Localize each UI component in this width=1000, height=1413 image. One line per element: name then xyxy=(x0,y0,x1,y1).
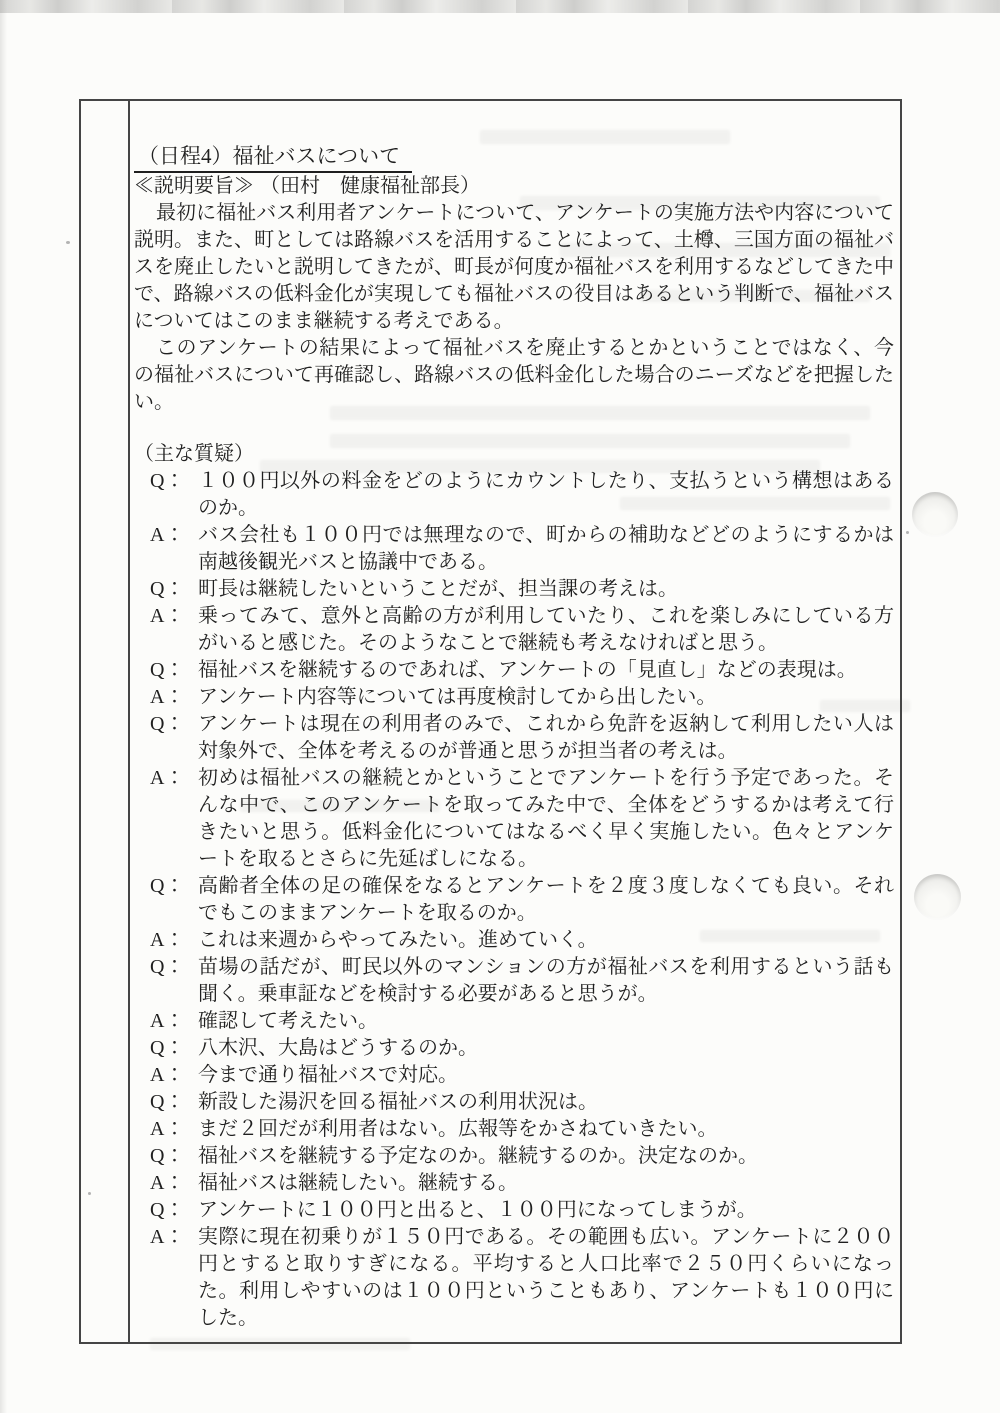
qa-speaker-label: A： xyxy=(150,927,198,954)
qa-speaker-label: A： xyxy=(150,1008,198,1035)
scan-edge-artifact xyxy=(0,0,1000,13)
qa-item: Q：アンケートは現在の利用者のみで、これから免許を返納して利用したい人は対象外で… xyxy=(150,711,894,765)
punch-hole xyxy=(914,874,961,920)
qa-section-heading: （主な質疑） xyxy=(134,441,894,468)
qa-item: A：バス会社も１００円では無理なので、町からの補助などどのようにするかは南越後観… xyxy=(150,522,894,576)
qa-item: A：これは来週からやってみたい。進めていく。 xyxy=(150,927,894,954)
qa-speaker-label: A： xyxy=(150,1224,198,1332)
qa-item: A：福祉バスは継続したい。継続する。 xyxy=(150,1170,894,1197)
summary-paragraph: 最初に福祉バス利用者アンケートについて、アンケートの実施方法や内容について説明。… xyxy=(134,200,894,335)
qa-text: 初めは福祉バスの継続とかということでアンケートを行う予定であった。そんな中で、こ… xyxy=(198,765,894,873)
scanned-document-page: （日程4）福祉バスについて ≪説明要旨≫（田村 健康福祉部長） 最初に福祉バス利… xyxy=(0,0,1000,1413)
qa-text: これは来週からやってみたい。進めていく。 xyxy=(198,927,894,954)
qa-speaker-label: Q： xyxy=(150,1197,198,1224)
qa-item: Q：福祉バスを継続する予定なのか。継続するのか。決定なのか。 xyxy=(150,1143,894,1170)
qa-text: 福祉バスを継続するのであれば、アンケートの「見直し」などの表現は。 xyxy=(198,657,894,684)
section-title: （日程4）福祉バスについて xyxy=(134,143,412,173)
document-frame: （日程4）福祉バスについて ≪説明要旨≫（田村 健康福祉部長） 最初に福祉バス利… xyxy=(79,99,902,1344)
qa-speaker-label: Q： xyxy=(150,1035,198,1062)
summary-heading-marks: ≪説明要旨≫ xyxy=(134,175,254,197)
qa-speaker-label: A： xyxy=(150,765,198,873)
qa-text: 新設した湯沢を回る福祉バスの利用状況は。 xyxy=(198,1089,894,1116)
qa-speaker-label: A： xyxy=(150,1170,198,1197)
summary-speaker: （田村 健康福祉部長） xyxy=(260,175,480,197)
qa-item: Q：福祉バスを継続するのであれば、アンケートの「見直し」などの表現は。 xyxy=(150,657,894,684)
qa-item: Q：苗場の話だが、町民以外のマンションの方が福祉バスを利用するという話も聞く。乗… xyxy=(150,954,894,1008)
qa-item: Q：町長は継続したいということだが、担当課の考えは。 xyxy=(150,576,894,603)
qa-text: 高齢者全体の足の確保をなるとアンケートを２度３度しなくても良い。それでもこのまま… xyxy=(198,873,894,927)
qa-text: バス会社も１００円では無理なので、町からの補助などどのようにするかは南越後観光バ… xyxy=(198,522,894,576)
qa-speaker-label: Q： xyxy=(150,954,198,1008)
qa-speaker-label: Q： xyxy=(150,1143,198,1170)
qa-text: 町長は継続したいということだが、担当課の考えは。 xyxy=(198,576,894,603)
margin-column xyxy=(81,101,130,1342)
qa-text: １００円以外の料金をどのようにカウントしたり、支払うという構想はあるのか。 xyxy=(198,468,894,522)
qa-speaker-label: Q： xyxy=(150,468,198,522)
punch-hole xyxy=(912,492,958,537)
qa-speaker-label: A： xyxy=(150,1062,198,1089)
qa-speaker-label: Q： xyxy=(150,711,198,765)
qa-speaker-label: A： xyxy=(150,522,198,576)
qa-speaker-label: A： xyxy=(150,603,198,657)
scan-edge-artifact xyxy=(0,0,7,1413)
qa-text: 福祉バスを継続する予定なのか。継続するのか。決定なのか。 xyxy=(198,1143,894,1170)
summary-paragraph: このアンケートの結果によって福祉バスを廃止するとかということではなく、今の福祉バ… xyxy=(134,335,894,416)
scan-speck xyxy=(88,1192,91,1195)
qa-speaker-label: Q： xyxy=(150,657,198,684)
qa-item: A：初めは福祉バスの継続とかということでアンケートを行う予定であった。そんな中で… xyxy=(150,765,894,873)
qa-item: A：まだ２回だが利用者はない。広報等をかさねていきたい。 xyxy=(150,1116,894,1143)
qa-text: 八木沢、大島はどうするのか。 xyxy=(198,1035,894,1062)
qa-text: 苗場の話だが、町民以外のマンションの方が福祉バスを利用するという話も聞く。乗車証… xyxy=(198,954,894,1008)
qa-item: Q：アンケートに１００円と出ると、１００円になってしまうが。 xyxy=(150,1197,894,1224)
qa-speaker-label: A： xyxy=(150,1116,198,1143)
qa-text: アンケートに１００円と出ると、１００円になってしまうが。 xyxy=(198,1197,894,1224)
qa-item: A：乗ってみて、意外と高齢の方が利用していたり、これを楽しみにしている方がいると… xyxy=(150,603,894,657)
qa-item: A：今まで通り福祉バスで対応。 xyxy=(150,1062,894,1089)
qa-item: A：確認して考えたい。 xyxy=(150,1008,894,1035)
qa-text: 福祉バスは継続したい。継続する。 xyxy=(198,1170,894,1197)
qa-item: Q：１００円以外の料金をどのようにカウントしたり、支払うという構想はあるのか。 xyxy=(150,468,894,522)
qa-text: 今まで通り福祉バスで対応。 xyxy=(198,1062,894,1089)
summary-heading: ≪説明要旨≫（田村 健康福祉部長） xyxy=(134,173,894,200)
qa-speaker-label: A： xyxy=(150,684,198,711)
qa-list: Q：１００円以外の料金をどのようにカウントしたり、支払うという構想はあるのか。A… xyxy=(134,468,894,1332)
qa-text: 実際に現在初乗りが１５０円である。その範囲も広い。アンケートに２００円とすると取… xyxy=(198,1224,894,1332)
scan-speck xyxy=(66,241,70,244)
scan-speck xyxy=(906,531,909,534)
qa-speaker-label: Q： xyxy=(150,873,198,927)
qa-speaker-label: Q： xyxy=(150,1089,198,1116)
qa-text: アンケートは現在の利用者のみで、これから免許を返納して利用したい人は対象外で、全… xyxy=(198,711,894,765)
qa-item: Q：新設した湯沢を回る福祉バスの利用状況は。 xyxy=(150,1089,894,1116)
qa-text: アンケート内容等については再度検討してから出したい。 xyxy=(198,684,894,711)
qa-item: Q：高齢者全体の足の確保をなるとアンケートを２度３度しなくても良い。それでもこの… xyxy=(150,873,894,927)
qa-item: A：アンケート内容等については再度検討してから出したい。 xyxy=(150,684,894,711)
qa-text: まだ２回だが利用者はない。広報等をかさねていきたい。 xyxy=(198,1116,894,1143)
qa-text: 乗ってみて、意外と高齢の方が利用していたり、これを楽しみにしている方がいると感じ… xyxy=(198,603,894,657)
qa-item: A：実際に現在初乗りが１５０円である。その範囲も広い。アンケートに２００円とする… xyxy=(150,1224,894,1332)
qa-text: 確認して考えたい。 xyxy=(198,1008,894,1035)
qa-speaker-label: Q： xyxy=(150,576,198,603)
qa-item: Q：八木沢、大島はどうするのか。 xyxy=(150,1035,894,1062)
document-content: （日程4）福祉バスについて ≪説明要旨≫（田村 健康福祉部長） 最初に福祉バス利… xyxy=(132,101,900,1342)
